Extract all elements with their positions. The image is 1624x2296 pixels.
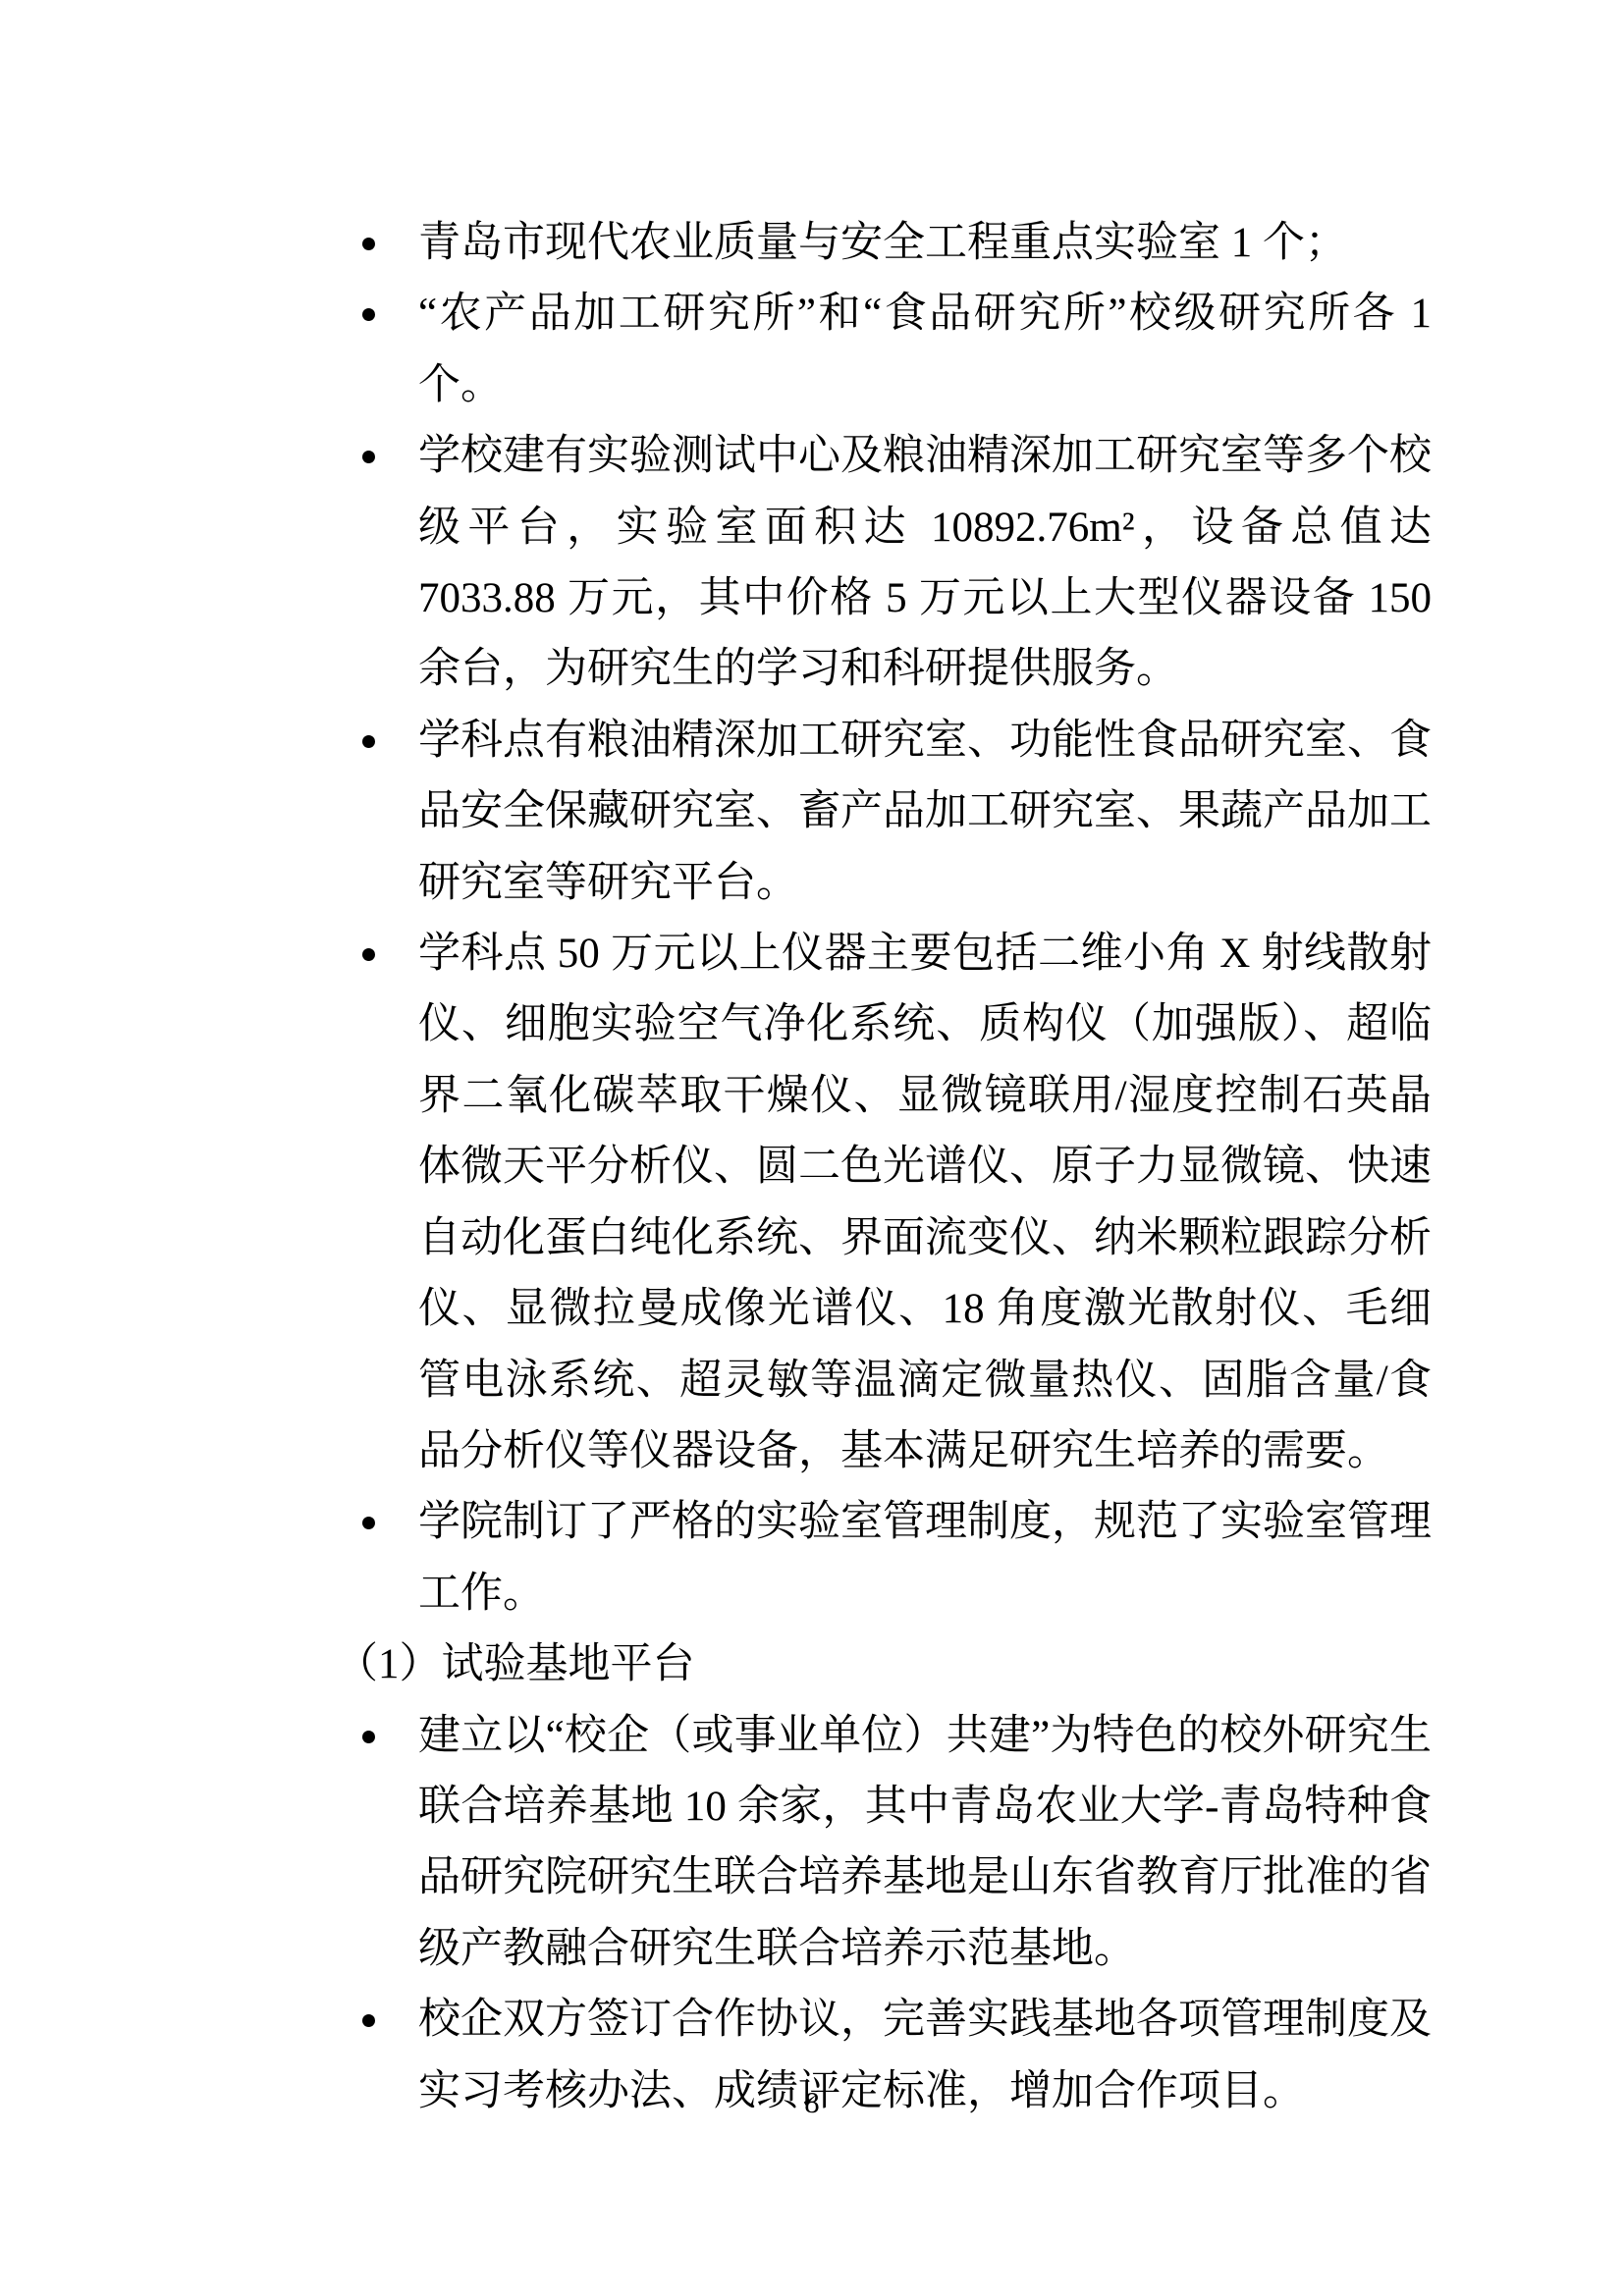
bullet-icon [362,948,375,961]
list-item-text: “农产品加工研究所”和“食品研究所”校级研究所各 1 个。 [418,291,1432,407]
list-item-text: 学院制订了严格的实验室管理制度，规范了实验室管理工作。 [418,1499,1432,1616]
document-page: 青岛市现代农业质量与安全工程重点实验室 1 个； “农产品加工研究所”和“食品研… [0,0,1624,2296]
section-heading: （1）试验基地平台 [336,1629,1432,1700]
list-item-text: 建立以“校企（或事业单位）共建”为特色的校外研究生联合培养基地 10 余家，其中… [418,1713,1432,1972]
list-item: 青岛市现代农业质量与安全工程重点实验室 1 个； [418,208,1432,279]
list-item-text: 青岛市现代农业质量与安全工程重点实验室 1 个； [418,220,1347,266]
list-item-text: 学科点有粮油精深加工研究室、功能性食品研究室、食品安全保藏研究室、畜产品加工研究… [418,718,1432,906]
page-number: 8 [0,2087,1624,2118]
list-item: “农产品加工研究所”和“食品研究所”校级研究所各 1 个。 [418,279,1432,421]
bullet-icon [362,238,375,250]
section-heading-text: （1）试验基地平台 [336,1641,695,1687]
bullet-icon [362,451,375,463]
list-item: 学科点有粮油精深加工研究室、功能性食品研究室、食品安全保藏研究室、畜产品加工研究… [418,706,1432,919]
bullet-icon [362,2014,375,2027]
list-item-text: 学科点 50 万元以上仪器主要包括二维小角 X 射线散射仪、细胞实验空气净化系统… [418,931,1432,1474]
list-item: 学校建有实验测试中心及粮油精深加工研究室等多个校级平台，实验室面积达 10892… [418,421,1432,706]
list-item: 学科点 50 万元以上仪器主要包括二维小角 X 射线散射仪、细胞实验空气净化系统… [418,919,1432,1487]
bullet-icon [362,308,375,321]
bullet-icon [362,1517,375,1529]
list-item: 学院制订了严格的实验室管理制度，规范了实验室管理工作。 [418,1487,1432,1629]
bullet-icon [362,735,375,748]
bullet-icon [362,1731,375,1743]
document-body: 青岛市现代农业质量与安全工程重点实验室 1 个； “农产品加工研究所”和“食品研… [418,208,1432,2127]
list-item-text: 学校建有实验测试中心及粮油精深加工研究室等多个校级平台，实验室面积达 10892… [418,433,1432,692]
list-item: 建立以“校企（或事业单位）共建”为特色的校外研究生联合培养基地 10 余家，其中… [418,1701,1432,1986]
